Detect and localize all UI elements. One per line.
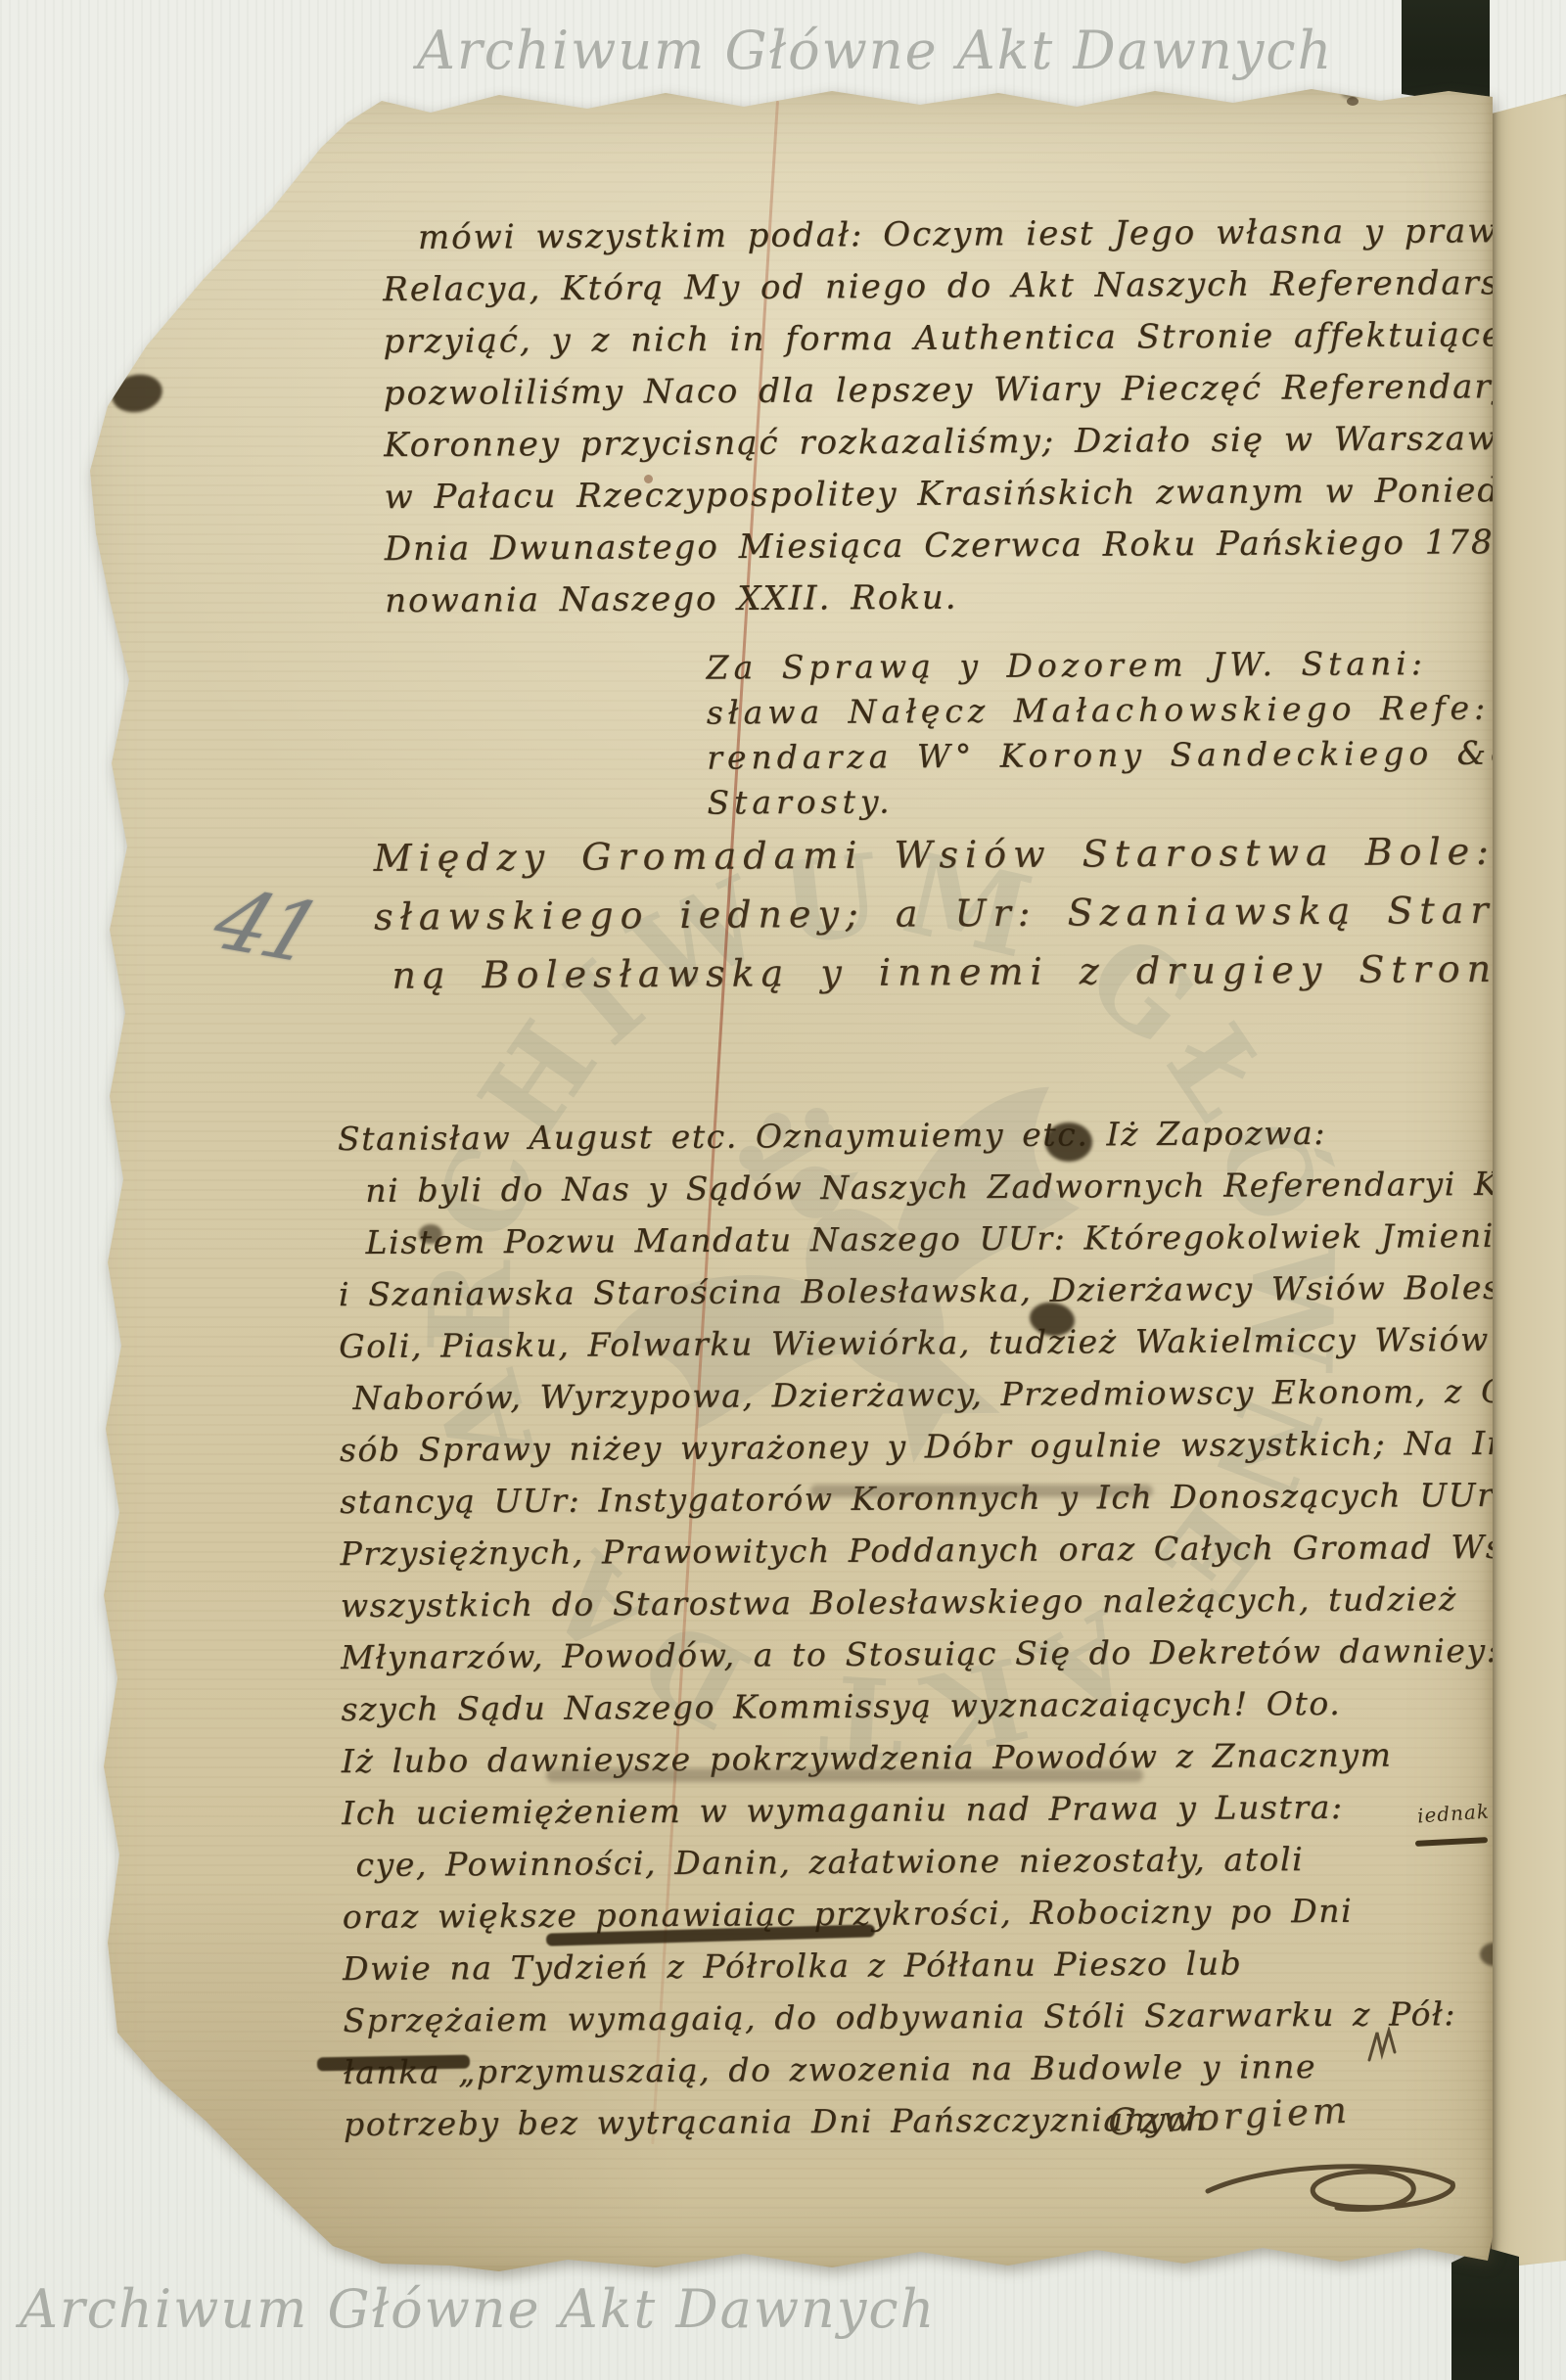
watermark-bottom-text: Archiwum Główne Akt Dawnych <box>20 2278 936 2340</box>
paper-speck <box>1347 97 1359 106</box>
text-line: Za Sprawą y Dozorem JW. Stani: <box>706 640 1528 690</box>
text-line: sławskiego iedney; a Ur: Szaniawską Star… <box>374 880 1566 946</box>
next-page-edge <box>1492 94 1566 2268</box>
text-line: wszystkich do Starostwa Bolesławskiego n… <box>341 1572 1566 1631</box>
text-line: sława Nałęcz Małachowskiego Refe: <box>707 685 1529 735</box>
text-line: Przysiężnych, Prawowitych Poddanych oraz… <box>340 1520 1566 1579</box>
text-line: ni byli do Nas y Sądów Naszych Zadwornyc… <box>338 1157 1566 1216</box>
margin-pen-mark <box>1366 2027 1400 2066</box>
text-line: i Szaniawska Starościna Bolesławska, Dzi… <box>339 1260 1566 1320</box>
text-line: potrzeby bez wytrącania Dni Pańszczyznia… <box>344 2090 1566 2150</box>
manuscript-page-wrap: ARCHIWUM GŁÓWNE AKT DAWNYCH <box>59 83 1493 2275</box>
text-line: Młynarzów, Powodów, a to Stosuiąc Się do… <box>341 1624 1566 1683</box>
text-line: Dnia Dwunastego Miesiąca Czerwca Roku Pa… <box>385 516 1566 575</box>
text-line: nowania Naszego XXII. Roku. <box>385 568 1566 627</box>
case-heading: Między Gromadami Wsiów Starostwa Bole:sł… <box>373 821 1566 1005</box>
closing-paragraph: mówi wszystkim podał: Oczym iest Jego wł… <box>383 205 1566 627</box>
ink-blot <box>109 370 166 417</box>
text-line: Goli, Piasku, Folwarku Wiewiórka, tudzie… <box>339 1312 1566 1372</box>
watermark-top-text: Archiwum Główne Akt Dawnych <box>417 20 1333 81</box>
text-line: stancyą UUr: Instygatorów Koronnych y Ic… <box>340 1468 1566 1528</box>
text-line: Koronney przycisnąć rozkazaliśmy; Działo… <box>384 412 1566 472</box>
body-paragraph: Stanisław August etc. Oznaymuiemy etc. I… <box>338 1105 1566 2150</box>
pencil-folio-number: 41 <box>201 872 329 982</box>
pen-flourish <box>1202 2146 1466 2220</box>
text-line: szych Sądu Naszego Kommissyą wyznaczaiąc… <box>341 1675 1566 1735</box>
ink-blot <box>419 1224 442 1244</box>
signature-block: Za Sprawą y Dozorem JW. Stani:sława Nałę… <box>706 640 1529 825</box>
text-line: sób Sprawy niżey wyrażoney y Dóbr ogulni… <box>340 1416 1566 1476</box>
text-line: Naborów, Wyrzypowa, Dzierżawcy, Przedmio… <box>339 1364 1566 1424</box>
ink-blot <box>1045 1122 1092 1162</box>
text-line: mówi wszystkim podał: Oczym iest Jego wł… <box>383 205 1566 264</box>
text-line: ną Bolesławską y innemi z drugiey Strony <box>374 938 1566 1005</box>
text-line: Starosty. <box>707 775 1529 825</box>
interlinear-insertion: iednak <box>1416 1799 1490 1827</box>
ink-smudge <box>546 1768 1143 1782</box>
text-line: Listem Pozwu Mandatu Naszego UUr: Któreg… <box>338 1209 1566 1268</box>
text-line: Dwie na Tydzień z Półrolka z Półłanu Pie… <box>343 1935 1566 1994</box>
text-line: w Pałacu Rzeczypospolitey Krasińskich zw… <box>384 464 1566 524</box>
ink-smudge <box>810 1485 1153 1497</box>
text-line: Relacya, Którą My od niego do Akt Naszyc… <box>383 256 1566 316</box>
ink-strikethrough <box>317 2055 470 2072</box>
paper-speck <box>644 475 653 483</box>
text-line: oraz większe ponawiaiąc przykrości, Robo… <box>343 1883 1566 1943</box>
text-line: Stanisław August etc. Oznaymuiemy etc. I… <box>338 1105 1566 1165</box>
text-line: pozwoliliśmy Naco dla lepszey Wiary Piec… <box>384 360 1566 420</box>
manuscript-page: ARCHIWUM GŁÓWNE AKT DAWNYCH <box>59 83 1493 2275</box>
text-line: Między Gromadami Wsiów Starostwa Bole: <box>373 821 1566 888</box>
text-line: Ich uciemiężeniem w wymaganiu nad Prawa … <box>342 1779 1566 1839</box>
text-line: przyiąć, y z nich in forma Authentica St… <box>383 308 1566 368</box>
text-line: cye, Powinności, Danin, załatwione niezo… <box>342 1831 1566 1891</box>
text-line: rendarza W° Korony Sandeckiego &c. <box>707 730 1529 780</box>
